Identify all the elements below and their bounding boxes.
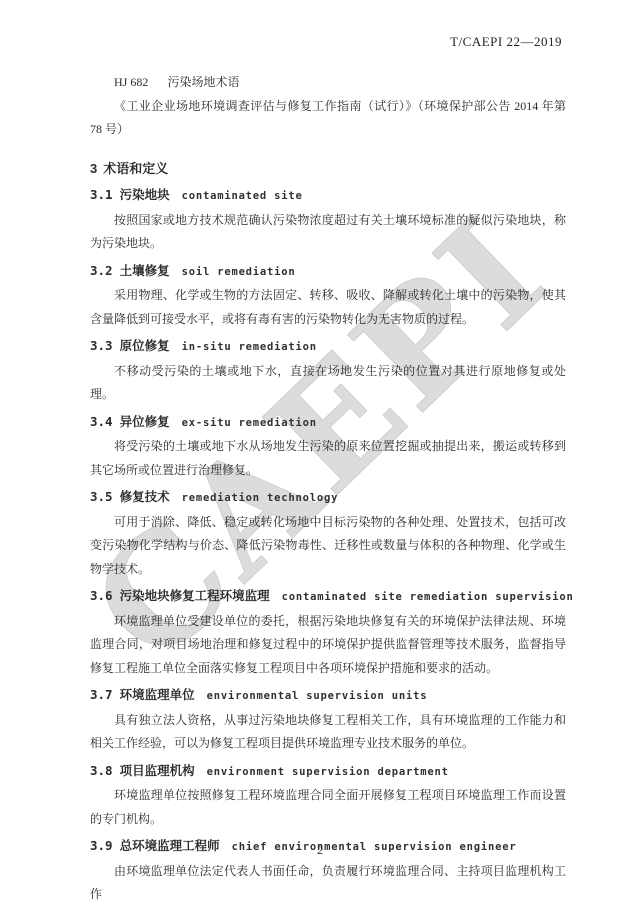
term-definition-3-2: 采用物理、化学或生物的方法固定、转移、吸收、降解或转化土壤中的污染物，使其含量降… [90, 284, 566, 331]
term-heading-3-6: 3.6污染地块修复工程环境监理contaminated site remedia… [90, 584, 566, 610]
term-definition-3-8: 环境监理单位按照修复工程环境监理合同全面开展修复工程项目环境监理工作而设置的专门… [90, 784, 566, 831]
term-number: 3.8 [90, 763, 113, 778]
term-name-zh: 环境监理单位 [120, 688, 195, 702]
term-name-zh: 修复技术 [120, 490, 170, 504]
term-number: 3.3 [90, 338, 113, 353]
standard-number: T/CAEPI 22—2019 [450, 34, 562, 49]
page-footer: 2 [0, 843, 640, 858]
term-name-en: contaminated site [182, 190, 303, 202]
term-3-3: 3.3原位修复in-situ remediation 不移动受污染的土壤或地下水… [90, 334, 566, 407]
term-number: 3.2 [90, 263, 113, 278]
term-3-1: 3.1污染地块contaminated site 按照国家或地方技术规范确认污染… [90, 183, 566, 256]
chapter-heading: 3术语和定义 [90, 157, 566, 181]
term-number: 3.5 [90, 489, 113, 504]
term-heading-3-5: 3.5修复技术remediation technology [90, 485, 566, 511]
term-3-4: 3.4异位修复ex-situ remediation 将受污染的土壤或地下水从场… [90, 410, 566, 483]
term-name-zh: 污染地块修复工程环境监理 [120, 589, 270, 603]
term-number: 3.7 [90, 687, 113, 702]
reference-hj682: HJ 682污染场地术语 [90, 71, 566, 95]
term-heading-3-3: 3.3原位修复in-situ remediation [90, 334, 566, 360]
term-name-en: remediation technology [182, 492, 339, 504]
term-definition-3-3: 不移动受污染的土壤或地下水，直接在场地发生污染的位置对其进行原地修复或处理。 [90, 360, 566, 407]
term-name-en: environment supervision department [207, 766, 449, 778]
document-page: CAEPI T/CAEPI 22—2019 HJ 682污染场地术语 《工业企业… [0, 0, 640, 906]
term-definition-3-4: 将受污染的土壤或地下水从场地发生污染的原来位置挖掘或抽提出来，搬运或转移到其它场… [90, 435, 566, 482]
term-heading-3-7: 3.7环境监理单位environmental supervision units [90, 683, 566, 709]
reference-title: 污染场地术语 [168, 75, 240, 89]
term-definition-3-5: 可用于消除、降低、稳定或转化场地中目标污染物的各种处理、处置技术，包括可改变污染… [90, 511, 566, 582]
term-name-zh: 异位修复 [120, 415, 170, 429]
term-definition-3-7: 具有独立法人资格，从事过污染地块修复工程相关工作，具有环境监理的工作能力和相关工… [90, 709, 566, 756]
term-name-en: contaminated site remediation supervisio… [282, 591, 574, 603]
chapter-number: 3 [90, 161, 97, 176]
term-3-8: 3.8项目监理机构environment supervision departm… [90, 759, 566, 832]
term-3-2: 3.2土壤修复soil remediation 采用物理、化学或生物的方法固定、… [90, 259, 566, 332]
term-3-5: 3.5修复技术remediation technology 可用于消除、降低、稳… [90, 485, 566, 581]
reference-guideline: 《工业企业场地环境调查评估与修复工作指南（试行）》（环境保护部公告 2014 年… [90, 95, 566, 142]
term-name-en: ex-situ remediation [182, 417, 317, 429]
chapter-title: 术语和定义 [103, 161, 168, 176]
page-number: 2 [317, 843, 323, 857]
term-name-en: soil remediation [182, 266, 296, 278]
term-name-zh: 项目监理机构 [120, 764, 195, 778]
term-name-zh: 土壤修复 [120, 264, 170, 278]
term-heading-3-2: 3.2土壤修复soil remediation [90, 259, 566, 285]
term-name-en: environmental supervision units [207, 690, 428, 702]
term-number: 3.1 [90, 187, 113, 202]
term-number: 3.6 [90, 588, 113, 603]
term-3-6: 3.6污染地块修复工程环境监理contaminated site remedia… [90, 584, 566, 680]
term-name-en: in-situ remediation [182, 341, 317, 353]
term-number: 3.4 [90, 414, 113, 429]
term-name-zh: 污染地块 [120, 188, 170, 202]
term-heading-3-1: 3.1污染地块contaminated site [90, 183, 566, 209]
term-heading-3-4: 3.4异位修复ex-situ remediation [90, 410, 566, 436]
term-definition-3-9: 由环境监理单位法定代表人书面任命，负责履行环境监理合同、主持项目监理机构工作 [90, 860, 566, 906]
term-definition-3-6: 环境监理单位受建设单位的委托，根据污染地块修复有关的环境保护法律法规、环境监理合… [90, 610, 566, 681]
reference-code: HJ 682 [114, 75, 148, 89]
term-heading-3-8: 3.8项目监理机构environment supervision departm… [90, 759, 566, 785]
term-name-zh: 原位修复 [120, 339, 170, 353]
term-definition-3-1: 按照国家或地方技术规范确认污染物浓度超过有关土壤环境标准的疑似污染地块，称为污染… [90, 209, 566, 256]
term-3-7: 3.7环境监理单位environmental supervision units… [90, 683, 566, 756]
document-header: T/CAEPI 22—2019 [450, 34, 562, 50]
document-body: HJ 682污染场地术语 《工业企业场地环境调查评估与修复工作指南（试行）》（环… [90, 71, 566, 906]
